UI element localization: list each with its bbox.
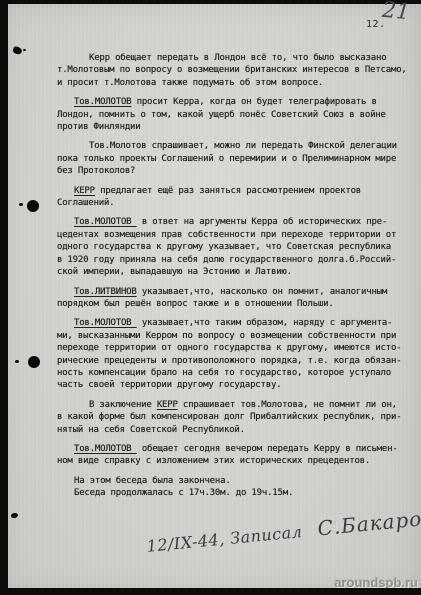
scanned-document-page: 21 12. Керр обещает передать в Лондон вс… (0, 0, 421, 595)
typed-line: ность компенсации брало на себя то госуд… (57, 367, 421, 379)
paragraph: Тов.ЛИТВИНОВ указывает,что, насколько он… (57, 286, 421, 311)
typed-line: порядком был решён вопрос также и в отно… (57, 298, 421, 310)
typed-line: Беседа продолжалась с 17ч.30м. до 19ч.15… (57, 487, 421, 499)
handwritten-signature: 12/IX-44, Записал С.Бакаров (145, 507, 416, 557)
paragraph: Тов.МОЛОТОВ в ответ на аргументы Керра о… (57, 216, 421, 278)
speaker-name: КЕРР (74, 186, 95, 196)
typed-line: нятый на себя Советской Республикой. (57, 424, 421, 436)
typed-line: Лондон, помнить о том, какой ущерб понёс… (57, 109, 421, 121)
speaker-name: КЕРР (157, 400, 178, 410)
scan-edge-top (0, 0, 421, 4)
typed-line: В заключение КЕРР спрашивает тов.Молотов… (57, 399, 421, 411)
typed-line: в какой форме был компенсирован долг При… (57, 411, 421, 423)
paragraph: В заключение КЕРР спрашивает тов.Молотов… (57, 399, 421, 436)
signature-date: 12/IX-44, Записал (146, 522, 303, 556)
paragraph: Беседа продолжалась с 17ч.30м. до 19ч.15… (57, 487, 421, 499)
typed-line: Керр обещает передать в Лондон всё то, ч… (57, 52, 421, 64)
speaker-name: Тов.ЛИТВИНОВ (74, 287, 137, 297)
ink-blot (15, 360, 19, 363)
typed-line: ской империи, выпадавшую на Эстонию и Ла… (57, 266, 421, 278)
paragraph: Тов.МОЛОТОВ обещает сегодня вечером пере… (57, 443, 421, 468)
ink-blot (10, 512, 18, 519)
typed-line: На этом беседа была закончена. (57, 475, 421, 487)
typed-line: пока только проекты Соглашений о перемир… (57, 153, 421, 165)
typed-line: Тов.Молотов спрашивает, можно ли передат… (57, 140, 421, 152)
typed-line: одного государства к другому указывает, … (57, 241, 421, 253)
typed-line: цедентах возмещения прав собственности п… (57, 229, 421, 241)
typed-line: Тов.МОЛОТОВ обещает сегодня вечером пере… (57, 443, 421, 455)
typed-line: и просит т.Молотова также подумать об эт… (57, 77, 421, 89)
typed-line: Тов.МОЛОТОВ указывает,что таким образом,… (57, 317, 421, 329)
ink-blot (19, 203, 23, 206)
typed-line: Тов.МОЛОТОВ в ответ на аргументы Керра о… (57, 216, 421, 228)
typed-line: Тов.ЛИТВИНОВ указывает,что, насколько он… (57, 286, 421, 298)
ink-blot (27, 200, 39, 212)
typed-line: без Протоколов? (57, 165, 421, 177)
ink-blot (23, 49, 26, 51)
signature-name: С.Бакаров (316, 505, 421, 540)
typed-line: часть своей территории другому государст… (57, 379, 421, 391)
typed-line: Тов.МОЛОТОВ просит Керра, когда он будет… (57, 96, 421, 108)
typed-line: против Финляндии (57, 121, 421, 133)
speaker-name: Тов.МОЛОТОВ (74, 217, 137, 227)
typed-line: рические прецеденты и противоположного п… (57, 355, 421, 367)
speaker-name: Тов.МОЛОТОВ (74, 318, 137, 328)
document-body: Керр обещает передать в Лондон всё то, ч… (57, 52, 421, 500)
typed-line: переходе территории от одного государств… (57, 342, 421, 354)
typed-line: в 1920 году приняла на себя долю государ… (57, 254, 421, 266)
paragraph: КЕРР предлагает ещё раз заняться рассмот… (57, 185, 421, 210)
typed-line: КЕРР предлагает ещё раз заняться рассмот… (57, 185, 421, 197)
typed-line: ном виде справку с изложением этих истор… (57, 455, 421, 467)
paragraph: Тов.Молотов спрашивает, можно ли передат… (57, 140, 421, 177)
typed-line: т.Молотовым по вопросу о возмещении брит… (57, 64, 421, 76)
scan-edge-left (0, 0, 8, 595)
ink-blot (28, 356, 40, 368)
speaker-name: Тов.МОЛОТОВ (74, 97, 131, 107)
paragraph: Тов.МОЛОТОВ указывает,что таким образом,… (57, 317, 421, 391)
typed-page-number: 12. (366, 19, 386, 30)
speaker-name: Тов.МОЛОТОВ (74, 444, 137, 454)
paragraph: Тов.МОЛОТОВ просит Керра, когда он будет… (57, 96, 421, 133)
paragraph: На этом беседа была закончена. (57, 475, 421, 487)
typed-line: ми, высказанными Керром по вопросу о воз… (57, 330, 421, 342)
typed-line: Соглашений. (57, 197, 421, 209)
scan-edge-bottom (0, 588, 421, 595)
ink-blot (12, 46, 23, 56)
paragraph: Керр обещает передать в Лондон всё то, ч… (57, 52, 421, 89)
